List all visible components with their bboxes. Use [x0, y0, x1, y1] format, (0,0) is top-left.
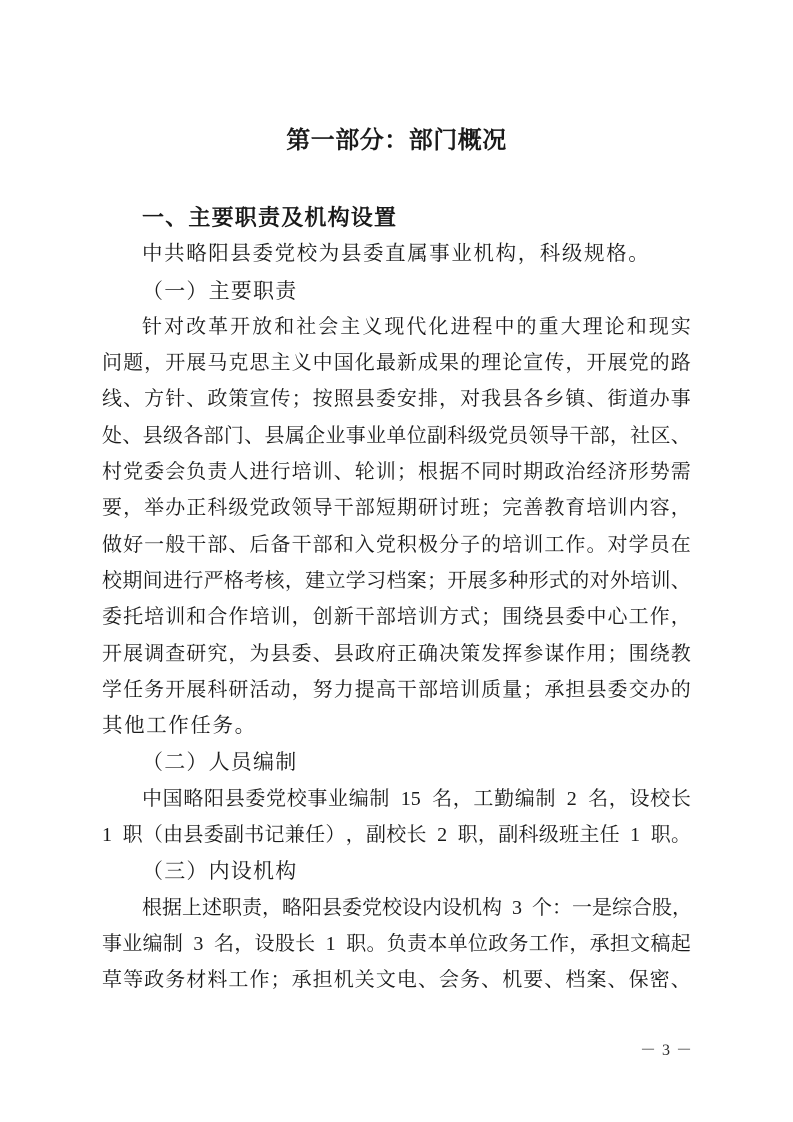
glyph: 级: [468, 418, 488, 454]
glyph: 办: [650, 672, 670, 708]
glyph: 工: [529, 926, 549, 962]
glyph: 化: [428, 309, 448, 345]
glyph: 制: [163, 926, 183, 962]
glyph: ，: [478, 817, 498, 853]
glyph: 承: [590, 926, 610, 962]
glyph: 。: [671, 817, 691, 853]
glyph: 干: [292, 527, 312, 563]
glyph: 委: [608, 672, 628, 708]
glyph: 业: [366, 418, 386, 454]
glyph: 机: [502, 962, 522, 998]
page-number: － 3 －: [102, 1041, 693, 1061]
glyph: 料: [207, 962, 227, 998]
glyph: 干: [334, 490, 354, 526]
glyph: 书: [244, 817, 264, 853]
glyph: 工: [544, 527, 564, 563]
glyph: 确: [418, 636, 438, 672]
glyph: ）: [325, 817, 345, 853]
glyph: 传: [271, 381, 291, 417]
glyph: 谋: [544, 636, 564, 672]
glyph: 同: [481, 454, 501, 490]
glyph: 。: [367, 926, 387, 962]
glyph: 校: [102, 563, 122, 599]
glyph: 领: [529, 418, 549, 454]
glyph: 针: [142, 309, 162, 345]
glyph: 的: [650, 345, 670, 381]
glyph: 果: [439, 345, 459, 381]
glyph: 、: [586, 381, 606, 417]
glyph: 培: [439, 672, 459, 708]
glyph: [620, 817, 630, 853]
glyph: 职: [458, 817, 478, 853]
glyph: 干: [355, 599, 375, 635]
glyph: 部: [207, 527, 227, 563]
glyph: 校: [382, 890, 402, 926]
glyph: 党: [123, 454, 143, 490]
glyph: 、: [313, 636, 333, 672]
glyph: 培: [292, 454, 312, 490]
glyph: 思: [249, 345, 269, 381]
glyph: 克: [228, 345, 248, 381]
glyph: 展: [608, 345, 628, 381]
glyph: 轮: [355, 454, 375, 490]
glyph: 后: [249, 527, 269, 563]
glyph: 开: [102, 636, 122, 672]
glyph: 职: [651, 817, 671, 853]
glyph: 的: [481, 527, 501, 563]
subsection-heading: （一）主要职责: [102, 273, 691, 309]
glyph: 训: [523, 527, 543, 563]
glyph: 1: [326, 926, 336, 962]
glyph: [336, 926, 346, 962]
glyph: 方: [439, 599, 459, 635]
glyph: 种: [508, 563, 528, 599]
glyph: 活: [249, 672, 269, 708]
glyph: 的: [671, 672, 691, 708]
glyph: 积: [397, 527, 417, 563]
glyph: 义: [292, 345, 312, 381]
glyph: 副: [366, 817, 386, 853]
glyph: 围: [629, 636, 649, 672]
glyph: 阳: [204, 781, 224, 817]
glyph: 班: [460, 490, 480, 526]
glyph: ，: [228, 636, 248, 672]
glyph: [522, 890, 532, 926]
glyph: ，: [439, 381, 459, 417]
glyph: 量: [502, 672, 522, 708]
glyph: 格: [224, 563, 244, 599]
glyph: 委: [102, 599, 122, 635]
glyph: 开: [447, 563, 467, 599]
glyph: 对: [164, 309, 184, 345]
glyph: 县: [225, 781, 245, 817]
glyph: 式: [460, 599, 480, 635]
glyph: 政: [544, 454, 564, 490]
glyph: 编: [515, 781, 535, 817]
glyph: 程: [472, 309, 492, 345]
glyph: 职: [123, 817, 143, 853]
glyph: 中: [495, 309, 515, 345]
glyph: 正: [397, 636, 417, 672]
glyph: 、: [228, 527, 248, 563]
glyph: 、: [671, 418, 691, 454]
glyph: 研: [186, 636, 206, 672]
glyph: 般: [165, 527, 185, 563]
glyph: 根: [142, 890, 162, 926]
glyph: 期: [523, 454, 543, 490]
glyph: 教: [671, 636, 691, 672]
glyph: 根: [418, 454, 438, 490]
glyph: 事: [307, 781, 327, 817]
glyph: 长: [407, 817, 427, 853]
glyph: 完: [502, 490, 522, 526]
glyph: 位: [468, 926, 488, 962]
glyph: 略: [183, 781, 203, 817]
glyph: 构: [482, 890, 502, 926]
glyph: 动: [271, 672, 291, 708]
glyph: 政: [271, 490, 291, 526]
glyph: 作: [228, 599, 248, 635]
glyph: 努: [313, 672, 333, 708]
glyph: 2: [437, 817, 447, 853]
glyph: 挥: [502, 636, 522, 672]
glyph: 对: [460, 381, 480, 417]
glyph: （: [143, 817, 163, 853]
glyph: 务: [460, 962, 480, 998]
glyph: 略: [282, 890, 302, 926]
glyph: 理: [481, 345, 501, 381]
glyph: 设: [402, 890, 422, 926]
glyph: ，: [285, 563, 305, 599]
glyph: 中: [586, 599, 606, 635]
glyph: 县: [586, 672, 606, 708]
glyph: 论: [605, 309, 625, 345]
glyph: 现: [649, 309, 669, 345]
glyph: 案: [407, 563, 427, 599]
glyph: 副: [224, 817, 244, 853]
section-heading: 一、主要职责及机构设置: [102, 200, 691, 236]
glyph: 15: [401, 781, 421, 817]
glyph: 编: [349, 781, 369, 817]
glyph: 放: [252, 309, 272, 345]
body-text-line: 1 职（由县委副书记兼任），副校长 2 职，副科级班主任 1 职。: [102, 817, 691, 853]
glyph: 革: [208, 309, 228, 345]
glyph: 设: [255, 926, 275, 962]
glyph: 的: [460, 345, 480, 381]
glyph: 用: [586, 636, 606, 672]
glyph: 阳: [302, 890, 322, 926]
glyph: 国: [334, 345, 354, 381]
glyph: 稿: [650, 926, 670, 962]
glyph: 一: [572, 890, 592, 926]
glyph: 部: [418, 672, 438, 708]
glyph: 各: [523, 381, 543, 417]
glyph: 任: [600, 817, 620, 853]
glyph: 按: [313, 381, 333, 417]
glyph: 兼: [285, 817, 305, 853]
glyph: 担: [610, 926, 630, 962]
glyph: 工: [473, 781, 493, 817]
glyph: 作: [549, 926, 569, 962]
glyph: 各: [183, 418, 203, 454]
glyph: 新: [397, 345, 417, 381]
glyph: 针: [165, 381, 185, 417]
glyph: 文: [376, 962, 396, 998]
glyph: 多: [488, 563, 508, 599]
glyph: 办: [650, 381, 670, 417]
glyph: 办: [165, 490, 185, 526]
glyph: ，: [234, 926, 254, 962]
glyph: 县: [544, 599, 564, 635]
glyph: 时: [502, 454, 522, 490]
glyph: 乡: [544, 381, 564, 417]
glyph: 训: [650, 563, 670, 599]
glyph: [183, 926, 193, 962]
glyph: 化: [355, 345, 375, 381]
glyph: 内: [629, 490, 649, 526]
glyph: ，: [292, 599, 312, 635]
body-text-line: 根据上述职责，略阳县委党校设内设机构 3 个：一是综合股，: [102, 890, 691, 926]
glyph: 绕: [523, 599, 543, 635]
glyph: ，: [292, 672, 312, 708]
glyph: 内: [422, 890, 442, 926]
glyph: 部: [355, 490, 375, 526]
glyph: 县: [265, 418, 285, 454]
glyph: ；: [608, 636, 628, 672]
glyph: 的: [517, 309, 537, 345]
glyph: 副: [498, 817, 518, 853]
glyph: 部: [376, 599, 396, 635]
glyph: 委: [342, 890, 362, 926]
glyph: 名: [214, 926, 234, 962]
glyph: 设: [442, 890, 462, 926]
glyph: 业: [328, 781, 348, 817]
glyph: 在: [671, 527, 691, 563]
glyph: 保: [629, 962, 649, 998]
glyph: 担: [313, 962, 333, 998]
glyph: 业: [122, 926, 142, 962]
glyph: 和: [627, 309, 647, 345]
glyph: 科: [207, 672, 227, 708]
glyph: 间: [143, 563, 163, 599]
glyph: 草: [102, 962, 122, 998]
glyph: 备: [271, 527, 291, 563]
glyph: 责: [207, 454, 227, 490]
glyph: 作: [249, 962, 269, 998]
glyph: 务: [508, 926, 528, 962]
glyph: 2: [567, 781, 577, 817]
glyph: 做: [102, 527, 122, 563]
glyph: 托: [123, 599, 143, 635]
glyph: 培: [630, 563, 650, 599]
glyph: 干: [186, 527, 206, 563]
glyph: 大: [561, 309, 581, 345]
glyph: 起: [671, 926, 691, 962]
glyph: 部: [204, 418, 224, 454]
glyph: ，: [671, 490, 691, 526]
body-text-line: 要，举办正科级党政领导干部短期研讨班；完善教育培训内容，: [102, 490, 691, 526]
glyph: 事: [671, 381, 691, 417]
glyph: 中: [313, 345, 333, 381]
glyph: 心: [608, 599, 628, 635]
glyph: 习: [366, 563, 386, 599]
glyph: 、: [481, 962, 501, 998]
glyph: 职: [222, 890, 242, 926]
glyph: 题: [123, 345, 143, 381]
glyph: 制: [535, 781, 555, 817]
glyph: 任: [305, 817, 325, 853]
glyph: 委: [292, 636, 312, 672]
glyph: 为: [249, 636, 269, 672]
glyph: 问: [102, 345, 122, 381]
glyph: 实: [671, 309, 691, 345]
glyph: 期: [397, 490, 417, 526]
document-page: 第一部分：部门概况 一、主要职责及机构设置中共略阳县委党校为县委直属事业机构，科…: [0, 0, 793, 1122]
glyph: 材: [186, 962, 206, 998]
glyph: 1: [102, 817, 112, 853]
glyph: 代: [406, 309, 426, 345]
glyph: 负: [387, 926, 407, 962]
glyph: 级: [228, 490, 248, 526]
glyph: 要: [102, 490, 122, 526]
glyph: 路: [671, 345, 691, 381]
glyph: 委: [565, 599, 585, 635]
glyph: 和: [186, 599, 206, 635]
glyph: 级: [539, 817, 559, 853]
glyph: 、: [334, 454, 354, 490]
glyph: 形: [529, 563, 549, 599]
glyph: 名: [432, 781, 452, 817]
glyph: 重: [539, 309, 559, 345]
glyph: 训: [165, 599, 185, 635]
body-text-line: 事业编制 3 名，设股长 1 职。负责本单位政务工作，承担文稿起: [102, 926, 691, 962]
glyph: 义: [362, 309, 382, 345]
glyph: 党: [488, 418, 508, 454]
glyph: 讨: [439, 490, 459, 526]
glyph: 主: [271, 345, 291, 381]
glyph: 等: [123, 962, 143, 998]
glyph: 培: [502, 527, 522, 563]
glyph: 行: [271, 454, 291, 490]
glyph: 高: [376, 672, 396, 708]
glyph: 开: [165, 345, 185, 381]
glyph: 委: [144, 454, 164, 490]
glyph: 级: [163, 418, 183, 454]
glyph: 、: [608, 962, 628, 998]
glyph: 担: [565, 672, 585, 708]
body-text-line: 开展调查研究，为县委、县政府正确决策发挥参谋作用；围绕教: [102, 636, 691, 672]
glyph: 需: [671, 454, 691, 490]
glyph: 县: [322, 890, 342, 926]
glyph: 政: [144, 962, 164, 998]
glyph: 要: [523, 962, 543, 998]
glyph: ，: [123, 490, 143, 526]
glyph: 府: [376, 636, 396, 672]
glyph: 、: [186, 381, 206, 417]
glyph: 和: [334, 527, 354, 563]
glyph: 学: [629, 527, 649, 563]
glyph: 最: [376, 345, 396, 381]
glyph: 研: [228, 672, 248, 708]
glyph: 工: [629, 599, 649, 635]
glyph: 主: [579, 817, 599, 853]
glyph: 制: [369, 781, 389, 817]
glyph: 编: [143, 926, 163, 962]
body-text-line: 学任务开展科研活动，努力提高干部培训质量；承担县委交办的: [102, 672, 691, 708]
glyph: 长: [295, 926, 315, 962]
glyph: 开: [230, 309, 250, 345]
glyph: 线: [102, 381, 122, 417]
glyph: 本: [427, 926, 447, 962]
glyph: 合: [632, 890, 652, 926]
glyph: 不: [460, 454, 480, 490]
glyph: 导: [313, 490, 333, 526]
glyph: 展: [468, 563, 488, 599]
glyph: 对: [608, 527, 628, 563]
glyph: 政: [488, 926, 508, 962]
glyph: 我: [481, 381, 501, 417]
document-title: 第一部分：部门概况: [102, 126, 691, 156]
glyph: 企: [305, 418, 325, 454]
glyph: 训: [376, 454, 396, 490]
glyph: 党: [249, 490, 269, 526]
glyph: 训: [460, 672, 480, 708]
glyph: 承: [292, 962, 312, 998]
glyph: 。: [586, 527, 606, 563]
glyph: 事: [102, 926, 122, 962]
glyph: [577, 781, 587, 817]
glyph: 围: [502, 599, 522, 635]
glyph: 入: [355, 527, 375, 563]
glyph: 负: [186, 454, 206, 490]
glyph: 关: [355, 962, 375, 998]
glyph: 分: [439, 527, 459, 563]
glyph: 镇: [565, 381, 585, 417]
glyph: 马: [207, 345, 227, 381]
glyph: 建: [305, 563, 325, 599]
glyph: [502, 890, 512, 926]
glyph: 势: [650, 454, 670, 490]
glyph: ：: [552, 890, 572, 926]
glyph: 经: [586, 454, 606, 490]
body-text-line: 做好一般干部、后备干部和入党积极分子的培训工作。对学员在: [102, 527, 691, 563]
glyph: 机: [462, 890, 482, 926]
glyph: 事: [346, 418, 366, 454]
glyph: 会: [318, 309, 338, 345]
glyph: 员: [650, 527, 670, 563]
body-text-line: 委托培训和合作培训，创新干部培训方式；围绕县委中心工作，: [102, 599, 691, 635]
glyph: 县: [355, 381, 375, 417]
glyph: 人: [228, 454, 248, 490]
glyph: 成: [418, 345, 438, 381]
glyph: 单: [448, 926, 468, 962]
glyph: ；: [397, 454, 417, 490]
glyph: 培: [586, 490, 606, 526]
glyph: 外: [610, 563, 630, 599]
glyph: 作: [650, 599, 670, 635]
glyph: 照: [334, 381, 354, 417]
glyph: 部: [590, 418, 610, 454]
glyph: 策: [460, 636, 480, 672]
glyph: 进: [163, 563, 183, 599]
glyph: 县: [334, 636, 354, 672]
glyph: 质: [481, 672, 501, 708]
glyph: 短: [376, 490, 396, 526]
body-text-line: 中国略阳县委党校事业编制 15 名，工勤编制 2 名，设校长: [102, 781, 691, 817]
glyph: 校: [287, 781, 307, 817]
glyph: 1: [630, 817, 640, 853]
glyph: 进: [450, 309, 470, 345]
